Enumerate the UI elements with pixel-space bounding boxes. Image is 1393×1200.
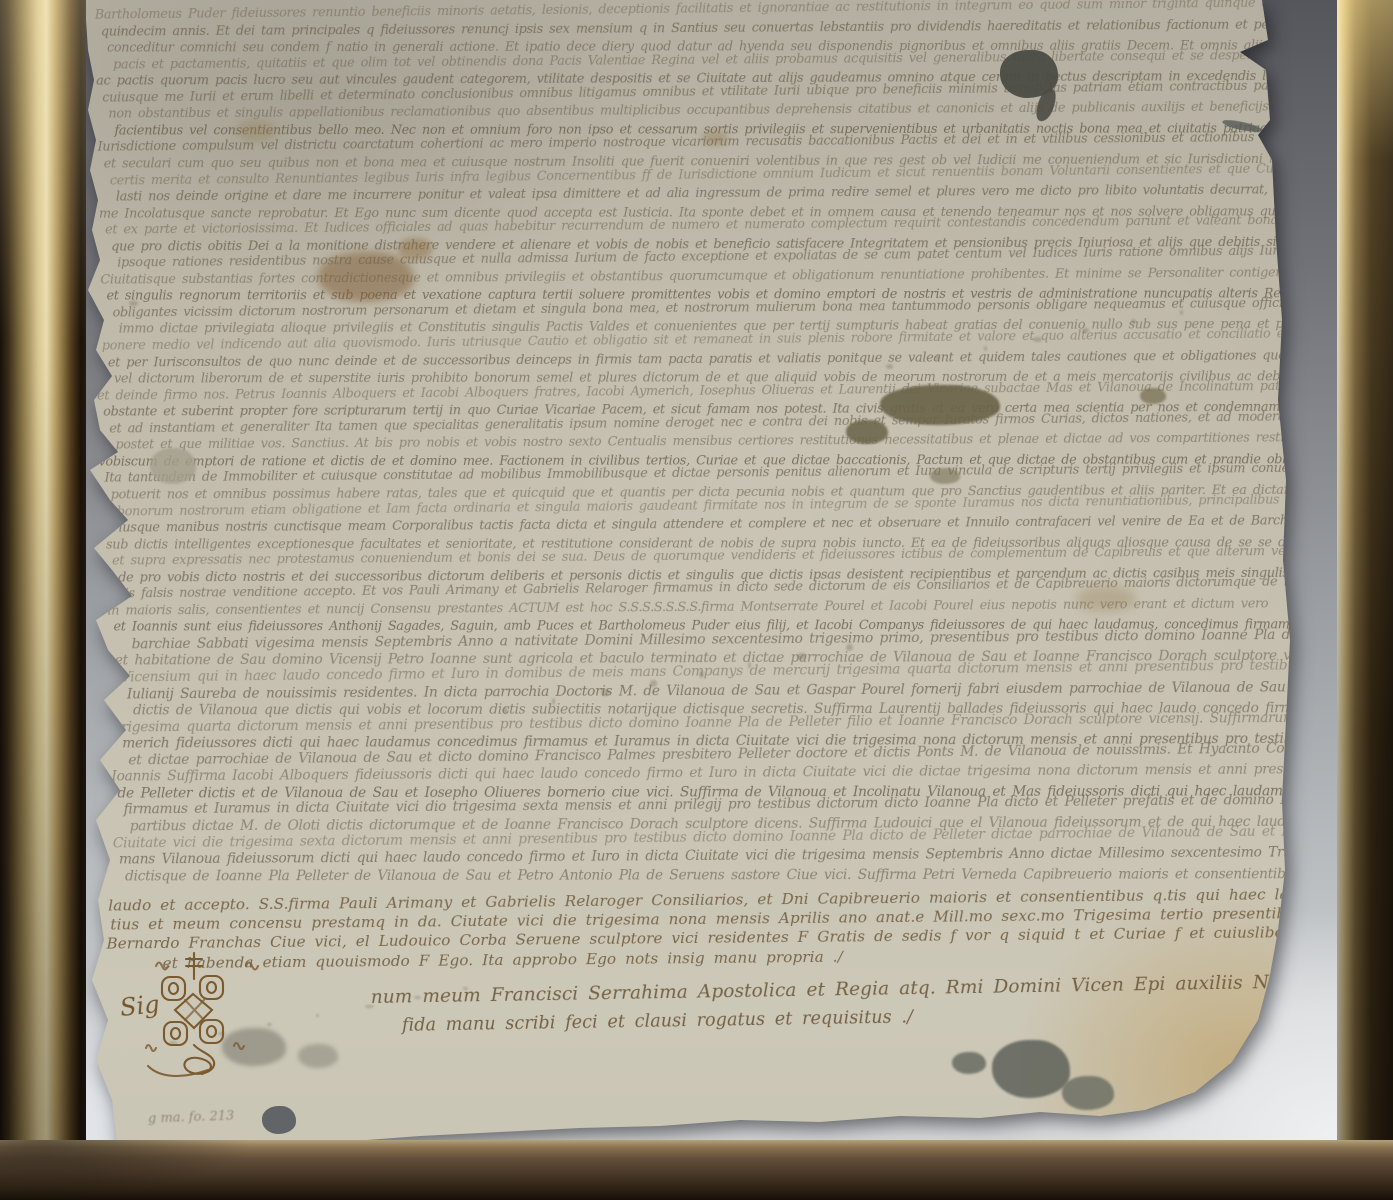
ink-stain xyxy=(236,120,276,142)
parchment-hole xyxy=(846,420,888,444)
parchment-wrap: Bartholomeus Puder fideiussores renuntio… xyxy=(0,0,1393,1200)
foxing-speck xyxy=(886,364,893,369)
foxing-speck xyxy=(1131,319,1136,324)
foxing-speck xyxy=(463,987,468,990)
foxing-speck xyxy=(552,698,555,705)
foxing-speck xyxy=(1180,310,1183,315)
foxing-speck xyxy=(984,346,987,351)
frame-right-molding xyxy=(1337,0,1393,1140)
frame-left-molding xyxy=(0,0,86,1140)
foxing-speck xyxy=(120,30,123,33)
parchment-hole xyxy=(150,448,196,484)
parchment-hole xyxy=(952,1052,986,1074)
parchment-hole xyxy=(1140,388,1166,404)
ink-stain xyxy=(398,238,432,260)
foxing-speck xyxy=(935,355,940,360)
manuscript-line: fida manu scribi feci et clausi rogatus … xyxy=(402,1007,913,1035)
ink-stain xyxy=(318,252,414,302)
foxing-speck xyxy=(316,1014,319,1017)
parchment: Bartholomeus Puder fideiussores renuntio… xyxy=(0,0,1393,1200)
foxing-speck xyxy=(797,653,806,660)
parchment-hole xyxy=(262,1106,296,1134)
frame-bottom-molding xyxy=(0,1140,1393,1200)
foxing-speck xyxy=(699,671,704,678)
parchment-hole xyxy=(1062,1076,1114,1110)
ink-stain xyxy=(702,130,728,146)
parchment-hole xyxy=(930,468,960,484)
notary-signum-icon xyxy=(138,950,288,1082)
manuscript-line: dictisque de Ioanne Pla Pelleter de Vila… xyxy=(125,866,1301,884)
foxing-speck xyxy=(601,689,610,696)
foxing-speck xyxy=(1033,337,1042,342)
folio-annotation: g ma. fo. 213 xyxy=(148,1108,235,1126)
parchment-hole xyxy=(992,1040,1070,1098)
foxing-speck xyxy=(846,644,853,651)
foxing-speck xyxy=(503,707,508,714)
parchment-hole xyxy=(880,385,1000,425)
foxing-speck xyxy=(1082,328,1089,333)
foxing-speck xyxy=(748,662,751,669)
manuscript-line: num meum Francisci Serrahima Apostolica … xyxy=(371,966,1393,1008)
foxing-speck xyxy=(129,301,138,306)
manuscript-text: Bartholomeus Puder fideiussores renuntio… xyxy=(93,0,1290,1084)
foxing-speck xyxy=(365,1005,374,1008)
foxing-speck xyxy=(414,996,421,999)
foxing-speck xyxy=(650,680,657,687)
framed-manuscript-photo: Bartholomeus Puder fideiussores renuntio… xyxy=(0,0,1393,1200)
parchment-hole xyxy=(298,1044,338,1068)
ink-stain xyxy=(1076,586,1136,612)
